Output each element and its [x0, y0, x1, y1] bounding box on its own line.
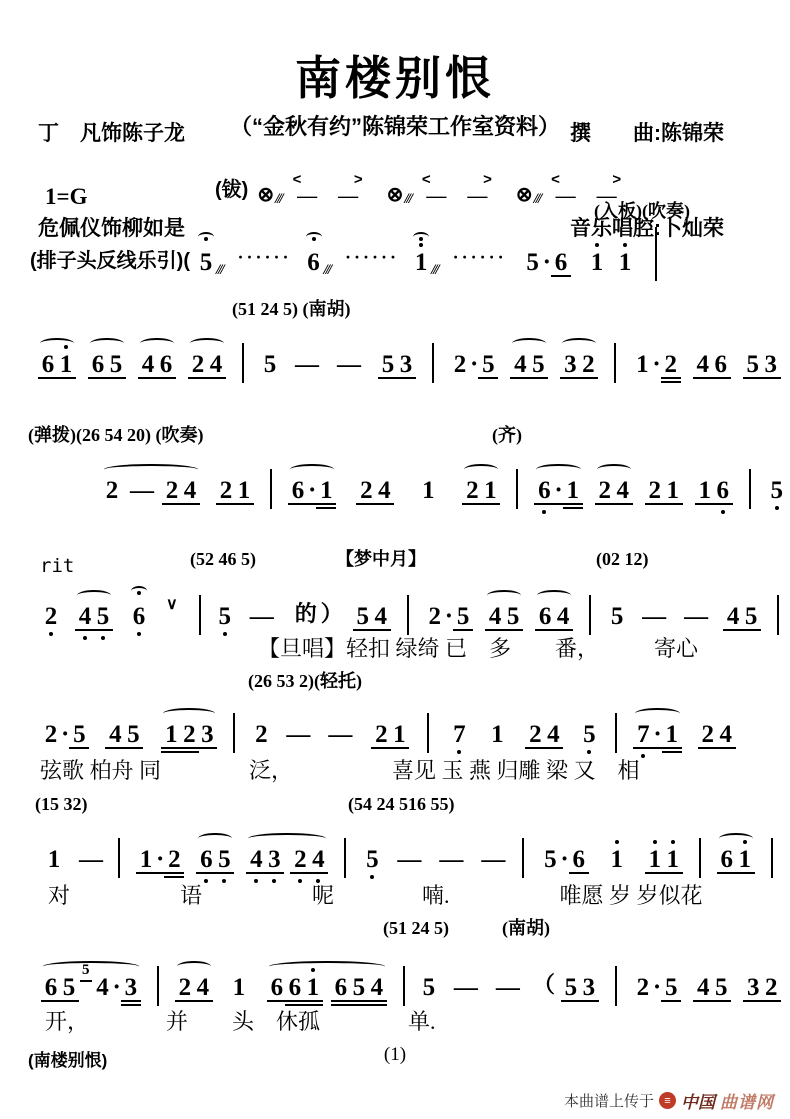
- note: 6: [714, 478, 732, 504]
- note-group: 2: [41, 604, 61, 630]
- note-underline: [743, 1000, 763, 1002]
- note-underline: [75, 629, 95, 631]
- note: 5: [363, 847, 381, 873]
- note: 1: [736, 847, 754, 873]
- note-underline: [723, 629, 743, 631]
- note-underline: [193, 1000, 213, 1002]
- notes-row: 2—24216·1241216·12421165: [96, 464, 790, 504]
- note: 6: [535, 478, 553, 504]
- octave-down-dot: [49, 632, 53, 636]
- barline: [233, 713, 235, 753]
- note-underline: [553, 629, 573, 631]
- subtitle: （“金秋有约”陈锦荣工作室资料）: [0, 110, 790, 141]
- note: 2: [165, 847, 183, 873]
- note: 5: [529, 352, 547, 378]
- note-underline: [106, 377, 126, 379]
- note: 4: [309, 847, 327, 873]
- note: 2: [217, 478, 235, 504]
- barline: [615, 966, 617, 1006]
- note-underline: [59, 1000, 79, 1002]
- note-group: 5: [579, 722, 599, 748]
- note-group: 53: [743, 352, 781, 378]
- note-underline: [88, 377, 108, 379]
- inline-text: (排子头反线乐引)(: [30, 244, 190, 276]
- lyrics-line: 【旦唱】轻扣 绿绮 已 多 番， 寄心: [258, 632, 698, 663]
- note-underline: [164, 876, 184, 878]
- barline: [655, 227, 657, 281]
- note-group: 5: [607, 604, 627, 630]
- note: 1: [646, 847, 664, 873]
- note: 2: [646, 478, 664, 504]
- augmentation-dot: ·: [444, 604, 454, 630]
- note-underline: [633, 747, 653, 749]
- note: 6: [39, 352, 57, 378]
- note-underline: [105, 747, 125, 749]
- sustain-dash: —: [491, 976, 525, 1001]
- note-underline: [206, 377, 226, 379]
- note: 2: [291, 847, 309, 873]
- site-logo-icon: ≡: [659, 1092, 676, 1109]
- note-underline: [288, 503, 308, 505]
- note-underline: [662, 747, 682, 749]
- note: 4: [694, 975, 712, 1001]
- cymbal-pattern: ⊗///<>——: [257, 172, 368, 205]
- note-underline: [579, 1000, 599, 1002]
- note-group: 7·1: [633, 722, 681, 748]
- score-annotation: (02 12): [596, 550, 649, 570]
- note: 6: [42, 975, 60, 1001]
- note-underline: [661, 377, 681, 379]
- note-group: 6554·3: [41, 975, 141, 1001]
- note: 4: [486, 604, 504, 630]
- note: 1: [488, 722, 506, 748]
- note: 7: [634, 722, 652, 748]
- sustain-dash: —: [556, 187, 576, 205]
- slur-arc: [198, 833, 232, 844]
- note: 6: [570, 847, 588, 873]
- note: 5: [379, 352, 397, 378]
- note-group: 1: [615, 250, 635, 276]
- note-underline: [123, 747, 143, 749]
- score-page: 丁 凡饰陈子龙 危佩仪饰柳如是 南楼别恨 撰 曲:陈锦荣 音乐唱腔:卜灿荣 （“…: [0, 0, 790, 1119]
- note-underline: [38, 377, 58, 379]
- sustain-dash: —: [245, 605, 279, 630]
- augmentation-dot: ·: [553, 478, 563, 504]
- note-underline: [741, 629, 761, 631]
- note-underline: [645, 872, 665, 874]
- note: 5: [197, 250, 215, 276]
- note-underline: [353, 629, 373, 631]
- note-underline: [246, 872, 266, 874]
- note-group: 24: [175, 975, 213, 1001]
- note-underline: [121, 1000, 141, 1002]
- tremolo-icon: ///: [216, 262, 223, 279]
- note-underline: [188, 377, 208, 379]
- note: 1: [45, 847, 63, 873]
- note: 5: [261, 352, 279, 378]
- note-underline: [695, 503, 715, 505]
- note-underline: [389, 747, 409, 749]
- note-underline: [197, 747, 217, 749]
- note-group: 61: [38, 352, 76, 378]
- sustain-dash: —: [297, 187, 317, 205]
- note-underline: [367, 1000, 387, 1002]
- sustain-dash: —: [637, 605, 671, 630]
- note-group: 1: [587, 250, 607, 276]
- note: 3: [265, 847, 283, 873]
- note-underline: [179, 751, 199, 753]
- note-group: 2·5: [450, 352, 498, 378]
- note: 5: [504, 604, 522, 630]
- note: 1: [696, 478, 714, 504]
- note-underline: [711, 377, 731, 379]
- note: 1: [317, 478, 335, 504]
- inline-text: (钹): [215, 173, 248, 205]
- score-annotation: rit: [40, 556, 74, 577]
- note-group: 24: [356, 478, 394, 504]
- slur-arc: [290, 464, 334, 475]
- note-group: 53: [378, 352, 416, 378]
- note-group: 5: [362, 847, 382, 873]
- slur-arc: [537, 590, 571, 601]
- octave-up-dot: [653, 840, 657, 844]
- tremolo-icon: ///: [404, 191, 411, 208]
- note: 1: [633, 352, 651, 378]
- note: 2: [42, 722, 60, 748]
- octave-down-dot: [542, 510, 546, 514]
- note: 3: [762, 352, 780, 378]
- cymbal-icon: ⊗: [516, 185, 533, 205]
- note-group: 123: [161, 722, 217, 748]
- note-underline: [503, 629, 523, 631]
- note-group: 2·5: [425, 604, 473, 630]
- note-underline: [578, 377, 598, 379]
- note: 7: [450, 722, 468, 748]
- note: 5: [742, 604, 760, 630]
- octave-down-dot: [641, 754, 645, 758]
- barline: [522, 838, 524, 878]
- note-group: 6///: [304, 250, 334, 276]
- upload-note: 本曲谱上传于: [564, 1090, 654, 1111]
- note: 2: [699, 722, 717, 748]
- score-annotation: (26 53 2)(轻托): [248, 672, 362, 692]
- augmentation-dot: ·: [155, 847, 165, 873]
- note-underline: [735, 872, 755, 874]
- note-underline: [693, 377, 713, 379]
- note-underline: [761, 1000, 781, 1002]
- octave-up-dot: [743, 840, 747, 844]
- note: 1: [419, 478, 437, 504]
- note-group: 5: [260, 352, 280, 378]
- note-underline: [661, 1000, 681, 1002]
- cymbal-pattern: ⊗///<>——: [516, 172, 627, 205]
- note-underline: [713, 503, 733, 505]
- note-underline: [543, 747, 563, 749]
- octave-up-dot: [64, 345, 68, 349]
- note-underline: [462, 503, 482, 505]
- note-group: 2—24: [102, 478, 200, 504]
- note-group: 2: [251, 722, 271, 748]
- augmentation-dot: ·: [469, 352, 479, 378]
- note-underline: [563, 507, 583, 509]
- sustain-dash: —: [338, 187, 358, 205]
- octave-down-dot: [223, 632, 227, 636]
- cymbal-icon: ⊗: [257, 185, 274, 205]
- octave-up-dot: [671, 840, 675, 844]
- note-underline: [561, 1000, 581, 1002]
- note-underline: [69, 747, 89, 749]
- note: 5: [662, 975, 680, 1001]
- note: 5: [420, 975, 438, 1001]
- note: 2: [526, 722, 544, 748]
- note: 6: [536, 604, 554, 630]
- note: 2: [451, 352, 469, 378]
- sustain-dash: —: [434, 848, 468, 873]
- note-underline: [563, 503, 583, 505]
- note-group: 1: [418, 478, 438, 504]
- augmentation-dot: ·: [112, 975, 122, 1001]
- site-name-primary: 中国: [681, 1088, 715, 1113]
- note: 5: [524, 250, 542, 276]
- note-underline: [356, 503, 376, 505]
- note-underline: [743, 377, 763, 379]
- note-underline: [303, 1000, 323, 1002]
- note: 5: [216, 604, 234, 630]
- note-underline: [595, 503, 615, 505]
- note-underline: [662, 751, 682, 753]
- slur-arc: [536, 464, 580, 475]
- note-underline: [136, 872, 156, 874]
- notes-row: 1—1·26543245———5·611161: [38, 833, 783, 873]
- barline: [614, 343, 616, 383]
- note-underline: [93, 629, 113, 631]
- uploader-credit: 本曲谱上传于 ≡ 中国 曲谱网: [564, 1088, 774, 1113]
- augmentation-dot: ·: [60, 722, 70, 748]
- note-underline: [179, 747, 199, 749]
- note-underline: [196, 872, 216, 874]
- note-underline: [645, 503, 665, 505]
- note: 4: [76, 604, 94, 630]
- note-underline: [569, 872, 589, 874]
- note: 3: [580, 975, 598, 1001]
- note: 1: [664, 478, 682, 504]
- barline: [432, 343, 434, 383]
- note: 3: [561, 352, 579, 378]
- note: 2: [189, 352, 207, 378]
- barline: [242, 343, 244, 383]
- note: 4: [544, 722, 562, 748]
- fermata-icon: [413, 232, 429, 242]
- score-annotation: (齐): [492, 426, 522, 446]
- barline: [615, 713, 617, 753]
- note-group: 46: [138, 352, 176, 378]
- lyrics-line: 弦歌 柏舟 同 泛， 喜见 玉 燕 归雕 梁 又 相: [40, 754, 640, 785]
- note: 5: [562, 975, 580, 1001]
- note-underline: [661, 381, 681, 383]
- barline: [407, 595, 409, 635]
- note-group: 1///: [411, 250, 441, 276]
- slur-arc: [719, 833, 753, 844]
- note-group: 5: [419, 975, 439, 1001]
- note: 5: [454, 604, 472, 630]
- note: 4: [207, 352, 225, 378]
- note: 2: [176, 975, 194, 1001]
- octave-down-dot: [137, 632, 141, 636]
- inline-text: ······: [339, 247, 405, 276]
- barline: [270, 469, 272, 509]
- note-underline: [371, 629, 391, 631]
- note-underline: [214, 872, 234, 874]
- barline: [199, 595, 201, 635]
- augmentation-dot: ·: [652, 722, 662, 748]
- note: 3: [397, 352, 415, 378]
- note-underline: [525, 747, 545, 749]
- grace-note: 5: [80, 962, 92, 982]
- note-underline: [534, 503, 554, 505]
- note-group: 4324: [246, 847, 328, 873]
- note: 6: [305, 250, 323, 276]
- note: 4: [614, 478, 632, 504]
- cymbal-icon: ⊗: [387, 185, 404, 205]
- tremolo-icon: ///: [275, 191, 282, 208]
- octave-down-dot: [721, 510, 725, 514]
- note: 4: [511, 352, 529, 378]
- note-underline: [478, 377, 498, 379]
- note-underline: [162, 503, 182, 505]
- note-underline: [560, 377, 580, 379]
- note-group: 53: [561, 975, 599, 1001]
- note-group: 24: [698, 722, 736, 748]
- note-underline: [56, 377, 76, 379]
- inline-text: ······: [232, 247, 298, 276]
- fermata-icon: [306, 232, 322, 242]
- note-underline: [331, 1000, 351, 1002]
- inline-text: ······: [447, 247, 513, 276]
- note-underline: [510, 377, 530, 379]
- note: 2: [662, 352, 680, 378]
- slur-arc: [90, 338, 124, 349]
- note: 6: [130, 604, 148, 630]
- note-underline: [349, 1000, 369, 1002]
- note: 3: [122, 975, 140, 1001]
- note-group: 21: [216, 478, 254, 504]
- slur-arc: [464, 464, 498, 475]
- note: 4: [375, 478, 393, 504]
- note: 2: [579, 352, 597, 378]
- note-group: 1: [229, 975, 249, 1001]
- note: 5: [350, 975, 368, 1001]
- note-underline: [528, 377, 548, 379]
- note: 6: [89, 352, 107, 378]
- augmentation-dot: ·: [652, 975, 662, 1001]
- note: 5: [60, 975, 78, 1001]
- note: 2: [426, 604, 444, 630]
- note-group: 1·2: [136, 847, 184, 873]
- note-group: 24: [595, 478, 633, 504]
- slur-arc: [77, 590, 111, 601]
- note-underline: [41, 1000, 61, 1002]
- note: 2: [762, 975, 780, 1001]
- note-underline: [663, 872, 683, 874]
- note-underline: [396, 377, 416, 379]
- note-underline: [535, 629, 555, 631]
- note: 2: [357, 478, 375, 504]
- note-underline: [264, 872, 284, 874]
- note: 2: [103, 478, 121, 504]
- sustain-dash: —: [476, 848, 510, 873]
- note-group: 32: [560, 352, 598, 378]
- barline: [403, 966, 405, 1006]
- note: 2: [596, 478, 614, 504]
- note-underline: [717, 872, 737, 874]
- barline: [771, 838, 773, 878]
- note: 1: [412, 250, 430, 276]
- note: 1: [162, 722, 180, 748]
- note-underline: [693, 1000, 713, 1002]
- sustain-dash: —: [125, 479, 159, 504]
- note-underline: [175, 1000, 195, 1002]
- note: 6: [268, 975, 286, 1001]
- note: 5: [107, 352, 125, 378]
- note-group: 16: [695, 478, 733, 504]
- note: 6: [718, 847, 736, 873]
- note-group: 1: [44, 847, 64, 873]
- note: 1: [481, 478, 499, 504]
- note-group: 7: [449, 722, 469, 748]
- fermata-icon: [198, 232, 214, 242]
- note-group: 45: [485, 604, 523, 630]
- score-annotation: 【梦中月】: [336, 550, 426, 570]
- notes-row: 616546245——532·545321·24653: [32, 338, 790, 378]
- note-underline: [308, 872, 328, 874]
- note-underline: [164, 872, 184, 874]
- page-number: (1): [0, 1044, 790, 1066]
- note-group: 45: [723, 604, 761, 630]
- note-group: 64: [535, 604, 573, 630]
- score-annotation: (52 46 5): [190, 550, 256, 570]
- note: 6: [332, 975, 350, 1001]
- note: 6: [286, 975, 304, 1001]
- note: 5: [94, 604, 112, 630]
- note: 5: [712, 975, 730, 1001]
- slur-arc: [104, 464, 198, 475]
- note-group: 2·5: [633, 975, 681, 1001]
- notes-row: 6554·32416616545——（532·54532: [35, 961, 790, 1001]
- note-underline: [161, 747, 181, 749]
- octave-up-dot: [311, 968, 315, 972]
- note: 2: [163, 478, 181, 504]
- slur-arc: [190, 338, 224, 349]
- note-group: 65: [88, 352, 126, 378]
- sustain-dash: —: [323, 723, 357, 748]
- note-underline: [761, 377, 781, 379]
- note: 1: [230, 975, 248, 1001]
- note-group: 21: [645, 478, 683, 504]
- note-group: 45: [510, 352, 548, 378]
- note-group: 61: [717, 847, 755, 873]
- note-underline: [551, 275, 571, 277]
- note: 1: [588, 250, 606, 276]
- tremolo-icon: ///: [431, 262, 438, 279]
- augmentation-dot: ·: [307, 478, 317, 504]
- note: 5: [354, 604, 372, 630]
- note-group: ∨: [161, 610, 183, 630]
- note-group: 1: [487, 722, 507, 748]
- octave-down-dot: [101, 636, 105, 640]
- note: 5: [541, 847, 559, 873]
- note-group: 46: [693, 352, 731, 378]
- octave-down-dot: [83, 636, 87, 640]
